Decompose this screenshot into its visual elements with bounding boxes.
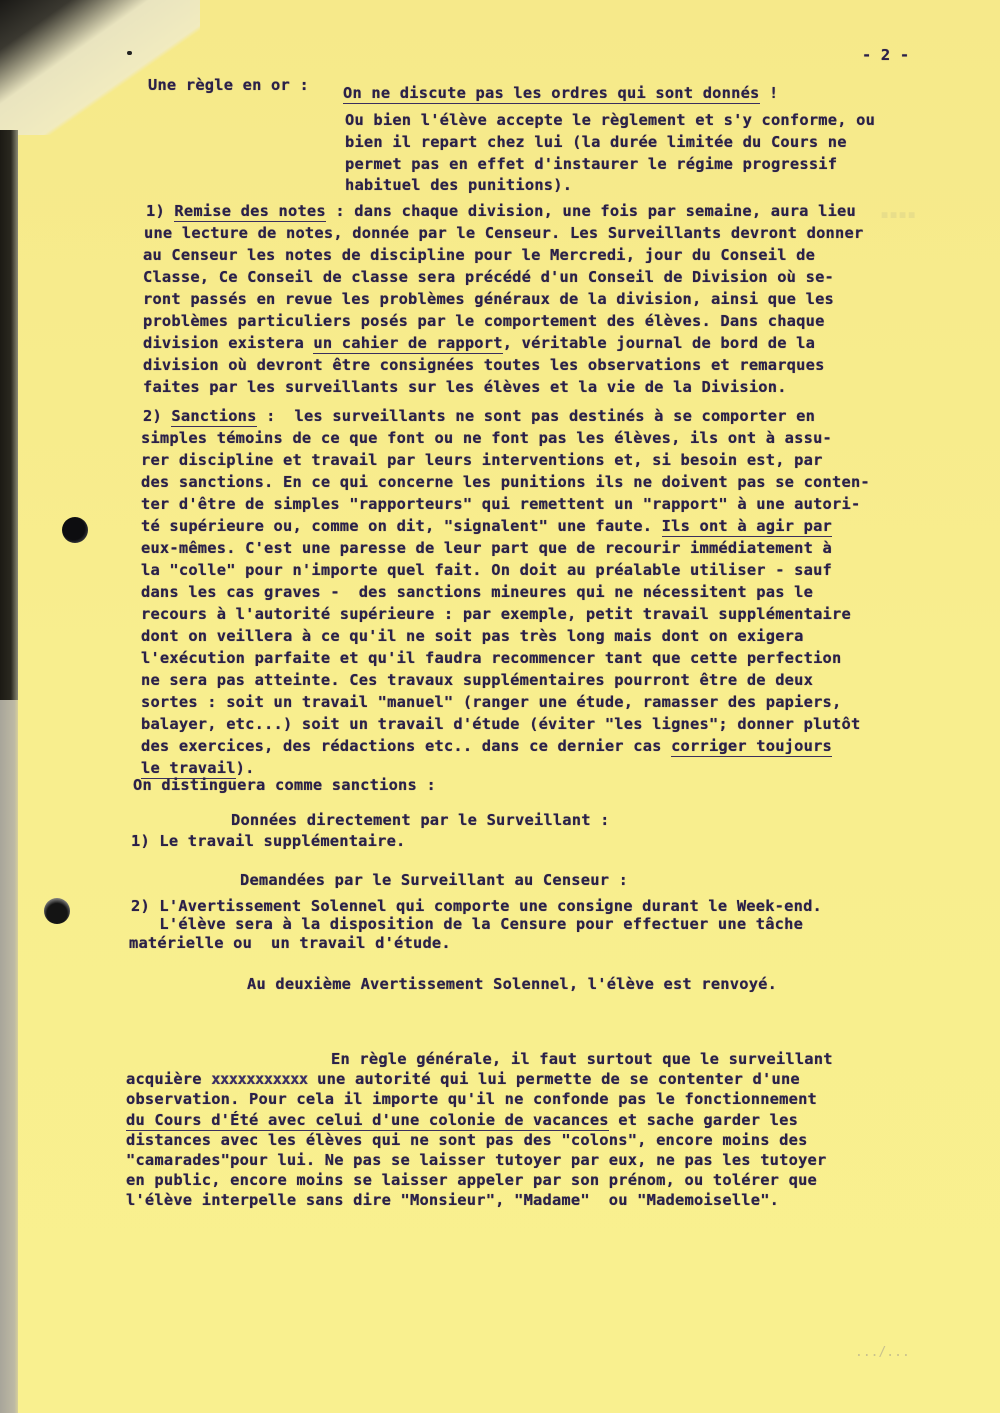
- section2-line: la "colle" pour n'importe quel fait. On …: [141, 563, 832, 578]
- rule-headline-text: On ne discute pas les ordres qui sont do…: [343, 84, 760, 104]
- section2-underlined-phrase: Ils ont à agir par: [662, 517, 832, 537]
- section2-line: balayer, etc...) soit un travail d'étude…: [141, 717, 860, 732]
- sanctions-item: 1) Le travail supplémentaire.: [131, 834, 406, 849]
- sanctions-group2-title: Demandées par le Surveillant au Censeur …: [240, 873, 628, 888]
- section2-line: ter d'être de simples "rapporteurs" qui …: [141, 497, 860, 512]
- general-rule-line: acquière xxxxxxxxxxx une autorité qui lu…: [126, 1072, 800, 1087]
- section2-line: ne sera pas atteinte. Ces travaux supplé…: [141, 673, 813, 688]
- section1-line: ront passés en revue les problèmes génér…: [143, 292, 834, 307]
- section2-text: : les surveillants ne sont pas destinés …: [257, 407, 816, 425]
- rule-lead: Une règle en or :: [148, 78, 309, 93]
- section1-underlined-phrase: un cahier de rapport: [313, 334, 502, 354]
- section1-line: au Censeur les notes de discipline pour …: [143, 248, 815, 263]
- section2-first-line: 2) Sanctions : les surveillants ne sont …: [143, 409, 815, 424]
- page-number: - 2 -: [862, 48, 909, 63]
- section1-line: division où devront être consignées tout…: [143, 358, 825, 373]
- section1-after-underlined: , véritable journal de bord de la: [503, 334, 815, 352]
- general-rule-underlined-phrase: du Cours d'Été avec celui d'une colonie …: [126, 1111, 609, 1131]
- section1-line: une lecture de notes, donnée par le Cens…: [144, 226, 863, 241]
- section1-first-line: 1) Remise des notes : dans chaque divisi…: [146, 204, 856, 219]
- section2-title: Sanctions: [171, 407, 256, 427]
- sanctions-note: Au deuxième Avertissement Solennel, l'él…: [247, 977, 777, 992]
- general-rule-line: distances avec les élèves qui ne sont pa…: [126, 1133, 808, 1148]
- rule-headline-end: !: [760, 84, 779, 102]
- section2-closing: ).: [236, 759, 255, 777]
- rule-headline: On ne discute pas les ordres qui sont do…: [343, 86, 778, 101]
- section2-line: té supérieure ou, comme on dit, "signale…: [141, 519, 832, 534]
- section1-text: : dans chaque division, une fois par sem…: [326, 202, 856, 220]
- rule-line: permet pas en effet d'instaurer le régim…: [345, 157, 837, 172]
- general-rule-line: en public, encore moins se laisser appel…: [126, 1173, 817, 1188]
- struck-out-text: xxxxxxxxxxx: [211, 1070, 307, 1088]
- section1-line-underlined: division existera un cahier de rapport, …: [143, 336, 815, 351]
- section2-line: des exercices, des rédactions etc.. dans…: [141, 739, 832, 754]
- sanctions-intro: On distinguera comme sanctions :: [133, 778, 436, 793]
- section2-line: le travail).: [141, 761, 255, 776]
- sanctions-group1-title: Données directement par le Surveillant :: [231, 813, 610, 828]
- continuation-mark: .../...: [855, 1345, 910, 1360]
- section1-line: problèmes particuliers posés par le comp…: [143, 314, 825, 329]
- general-rule-text: une autorité qui lui permette de se cont…: [308, 1070, 800, 1088]
- ink-speck: [127, 51, 132, 55]
- section2-line: simples témoins de ce que font ou ne fon…: [141, 431, 832, 446]
- section2-number: 2): [143, 407, 162, 425]
- section2-line: l'exécution parfaite et qu'il faudra rec…: [141, 651, 841, 666]
- general-rule-text: acquière: [126, 1070, 211, 1088]
- section2-line: sortes : soit un travail "manuel" (range…: [141, 695, 841, 710]
- section2-line: recours à l'autorité supérieure : par ex…: [141, 607, 851, 622]
- general-rule-line: "camarades"pour lui. Ne pas se laisser t…: [126, 1153, 826, 1168]
- section1-line: faites par les surveillants sur les élèv…: [143, 380, 787, 395]
- page-curl: [0, 0, 200, 135]
- sanctions-item: L'élève sera à la disposition de la Cens…: [131, 917, 803, 932]
- sanctions-item: matérielle ou un travail d'étude.: [129, 936, 451, 951]
- show-through-text: ▪▪▪▪: [880, 205, 916, 223]
- section2-line: rer discipline et travail par leurs inte…: [141, 453, 823, 468]
- document-page: ▪▪▪▪ - 2 - Une règle en or : On ne discu…: [0, 0, 1000, 1413]
- general-rule-line: observation. Pour cela il importe qu'il …: [126, 1092, 817, 1107]
- section2-line: eux-mêmes. C'est une paresse de leur par…: [141, 541, 832, 556]
- section1-number: 1): [146, 202, 165, 220]
- section2-underlined-phrase: corriger toujours: [671, 737, 832, 757]
- scan-edge-lower: [0, 700, 18, 1413]
- sanctions-item: 2) L'Avertissement Solennel qui comporte…: [131, 899, 822, 914]
- section2-line: des sanctions. En ce qui concerne les pu…: [141, 475, 870, 490]
- section2-line: dont on veillera à ce qu'il ne soit pas …: [141, 629, 804, 644]
- section2-line: dans les cas graves - des sanctions mine…: [141, 585, 813, 600]
- general-rule-line: du Cours d'Été avec celui d'une colonie …: [126, 1113, 798, 1128]
- general-rule-line: l'élève interpelle sans dire "Monsieur",…: [126, 1193, 779, 1208]
- rule-line: bien il repart chez lui (la durée limité…: [345, 135, 847, 150]
- punch-hole-icon: [44, 898, 70, 924]
- rule-line: Ou bien l'élève accepte le règlement et …: [345, 113, 875, 128]
- punch-hole-icon: [62, 517, 88, 543]
- section2-text: té supérieure ou, comme on dit, "signale…: [141, 517, 662, 535]
- section2-text: des exercices, des rédactions etc.. dans…: [141, 737, 671, 755]
- general-rule-text: et sache garder les: [609, 1111, 798, 1129]
- section1-title: Remise des notes: [174, 202, 325, 222]
- rule-line: habituel des punitions).: [345, 178, 572, 193]
- general-rule-line: En règle générale, il faut surtout que l…: [331, 1052, 833, 1067]
- section1-line: Classe, Ce Conseil de classe sera précéd…: [143, 270, 834, 285]
